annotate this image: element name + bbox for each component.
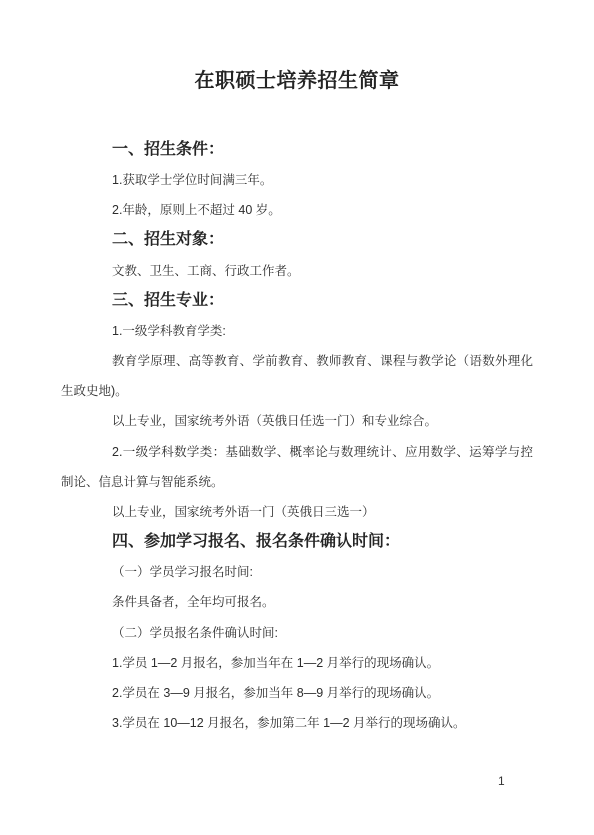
body-paragraph: 文教、卫生、工商、行政工作者。 — [61, 256, 533, 286]
body-paragraph: （一）学员学习报名时间: — [61, 557, 533, 587]
body-paragraph: 教育学原理、高等教育、学前教育、教师教育、课程与教学论（语数外理化生政史地)。 — [61, 346, 533, 406]
section-heading: 二、招生对象： — [61, 225, 533, 255]
section-heading: 四、参加学习报名、报名条件确认时间： — [61, 527, 533, 557]
section-heading: 三、招生专业： — [61, 286, 533, 316]
body-paragraph: 3.学员在 10—12 月报名，参加第二年 1—2 月举行的现场确认。 — [61, 708, 533, 738]
page-number: 1 — [498, 775, 505, 787]
section-heading: 一、招生条件： — [61, 135, 533, 165]
body-paragraph: 以上专业，国家统考外语一门（英俄日三选一） — [61, 497, 533, 527]
document-page: 在职硕士培养招生简章 一、招生条件：1.获取学士学位时间满三年。2.年龄，原则上… — [0, 0, 594, 835]
body-paragraph: 1.学员 1—2 月报名，参加当年在 1—2 月举行的现场确认。 — [61, 648, 533, 678]
body-paragraph: 2.一级学科数学类：基础数学、概率论与数理统计、应用数学、运筹学与控制论、信息计… — [61, 437, 533, 497]
body-paragraph: 以上专业，国家统考外语（英俄日任选一门）和专业综合。 — [61, 406, 533, 436]
document-body: 一、招生条件：1.获取学士学位时间满三年。2.年龄，原则上不超过 40 岁。二、… — [61, 135, 533, 738]
body-paragraph: 2.学员在 3—9 月报名，参加当年 8—9 月举行的现场确认。 — [61, 678, 533, 708]
body-paragraph: 2.年龄，原则上不超过 40 岁。 — [61, 195, 533, 225]
document-title: 在职硕士培养招生简章 — [0, 71, 594, 91]
body-paragraph: 1.一级学科教育学类: — [61, 316, 533, 346]
body-paragraph: 1.获取学士学位时间满三年。 — [61, 165, 533, 195]
body-paragraph: 条件具备者，全年均可报名。 — [61, 587, 533, 617]
body-paragraph: （二）学员报名条件确认时间: — [61, 618, 533, 648]
